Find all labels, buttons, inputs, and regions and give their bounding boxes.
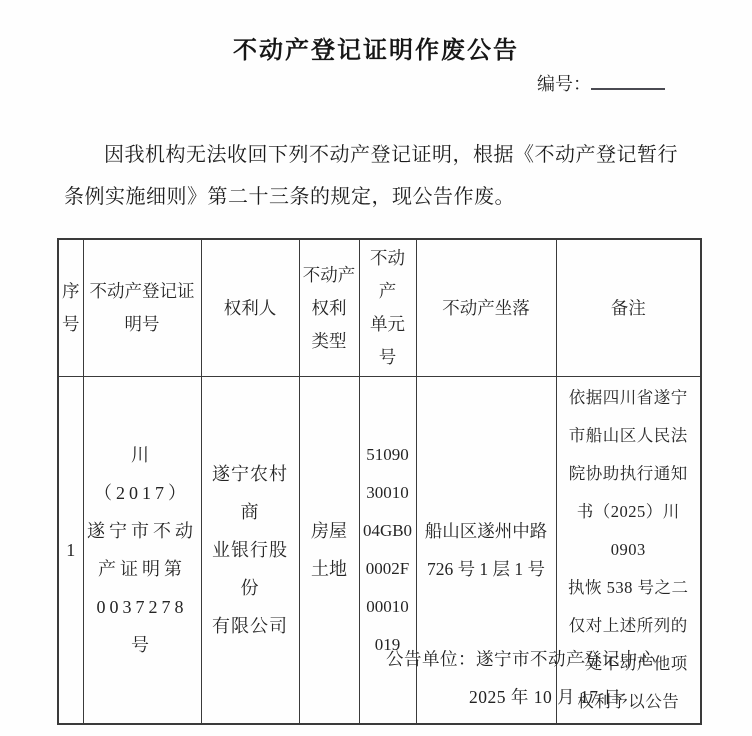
document-page: 不动产登记证明作废公告 编号： 因我机构无法收回下列不动产登记证明，根据《不动产… bbox=[0, 0, 752, 736]
cell-right-type: 房屋 土地 bbox=[299, 377, 359, 725]
cell-seq: 1 bbox=[58, 377, 83, 725]
intro-line-1: 因我机构无法收回下列不动产登记证明，根据《不动产登记暂行 bbox=[64, 134, 696, 176]
header-right-type: 不动产 权利 类型 bbox=[299, 239, 359, 377]
document-number-blank bbox=[591, 83, 665, 90]
header-location: 不动产坐落 bbox=[416, 239, 556, 377]
header-cert-no: 不动产登记证 明号 bbox=[83, 239, 201, 377]
footer-announcing-unit: 公告单位：遂宁市不动产登记中心 bbox=[386, 646, 656, 671]
header-remarks: 备注 bbox=[556, 239, 701, 377]
cell-unit-no: 51090 30010 04GB0 0002F 00010 019 bbox=[359, 377, 416, 725]
document-number-label: 编号： bbox=[537, 74, 591, 94]
intro-line-2: 条例实施细则》第二十三条的规定，现公告作废。 bbox=[64, 176, 696, 218]
header-holder: 权利人 bbox=[201, 239, 299, 377]
header-unit-no: 不动产 单元 号 bbox=[359, 239, 416, 377]
header-seq: 序 号 bbox=[58, 239, 83, 377]
table-header-row: 序 号 不动产登记证 明号 权利人 不动产 权利 类型 不动产 单元 号 不动产… bbox=[58, 239, 701, 377]
intro-paragraph: 因我机构无法收回下列不动产登记证明，根据《不动产登记暂行 条例实施细则》第二十三… bbox=[64, 134, 696, 218]
cell-location: 船山区遂州中路 726 号 1 层 1 号 bbox=[416, 377, 556, 725]
cell-remarks: 依据四川省遂宁 市船山区人民法 院协助执行通知 书（2025）川 0903 执恢… bbox=[556, 377, 701, 725]
page-title: 不动产登记证明作废公告 bbox=[0, 30, 752, 65]
table-row: 1 川（2017） 遂宁市不动 产证明第 0037278 号 遂宁农村商 业银行… bbox=[58, 377, 701, 725]
cell-cert-no: 川（2017） 遂宁市不动 产证明第 0037278 号 bbox=[83, 377, 201, 725]
document-number-line: 编号： bbox=[537, 70, 665, 96]
footer-date: 2025 年 10 月 17 日 bbox=[469, 684, 621, 709]
cell-holder: 遂宁农村商 业银行股份 有限公司 bbox=[201, 377, 299, 725]
